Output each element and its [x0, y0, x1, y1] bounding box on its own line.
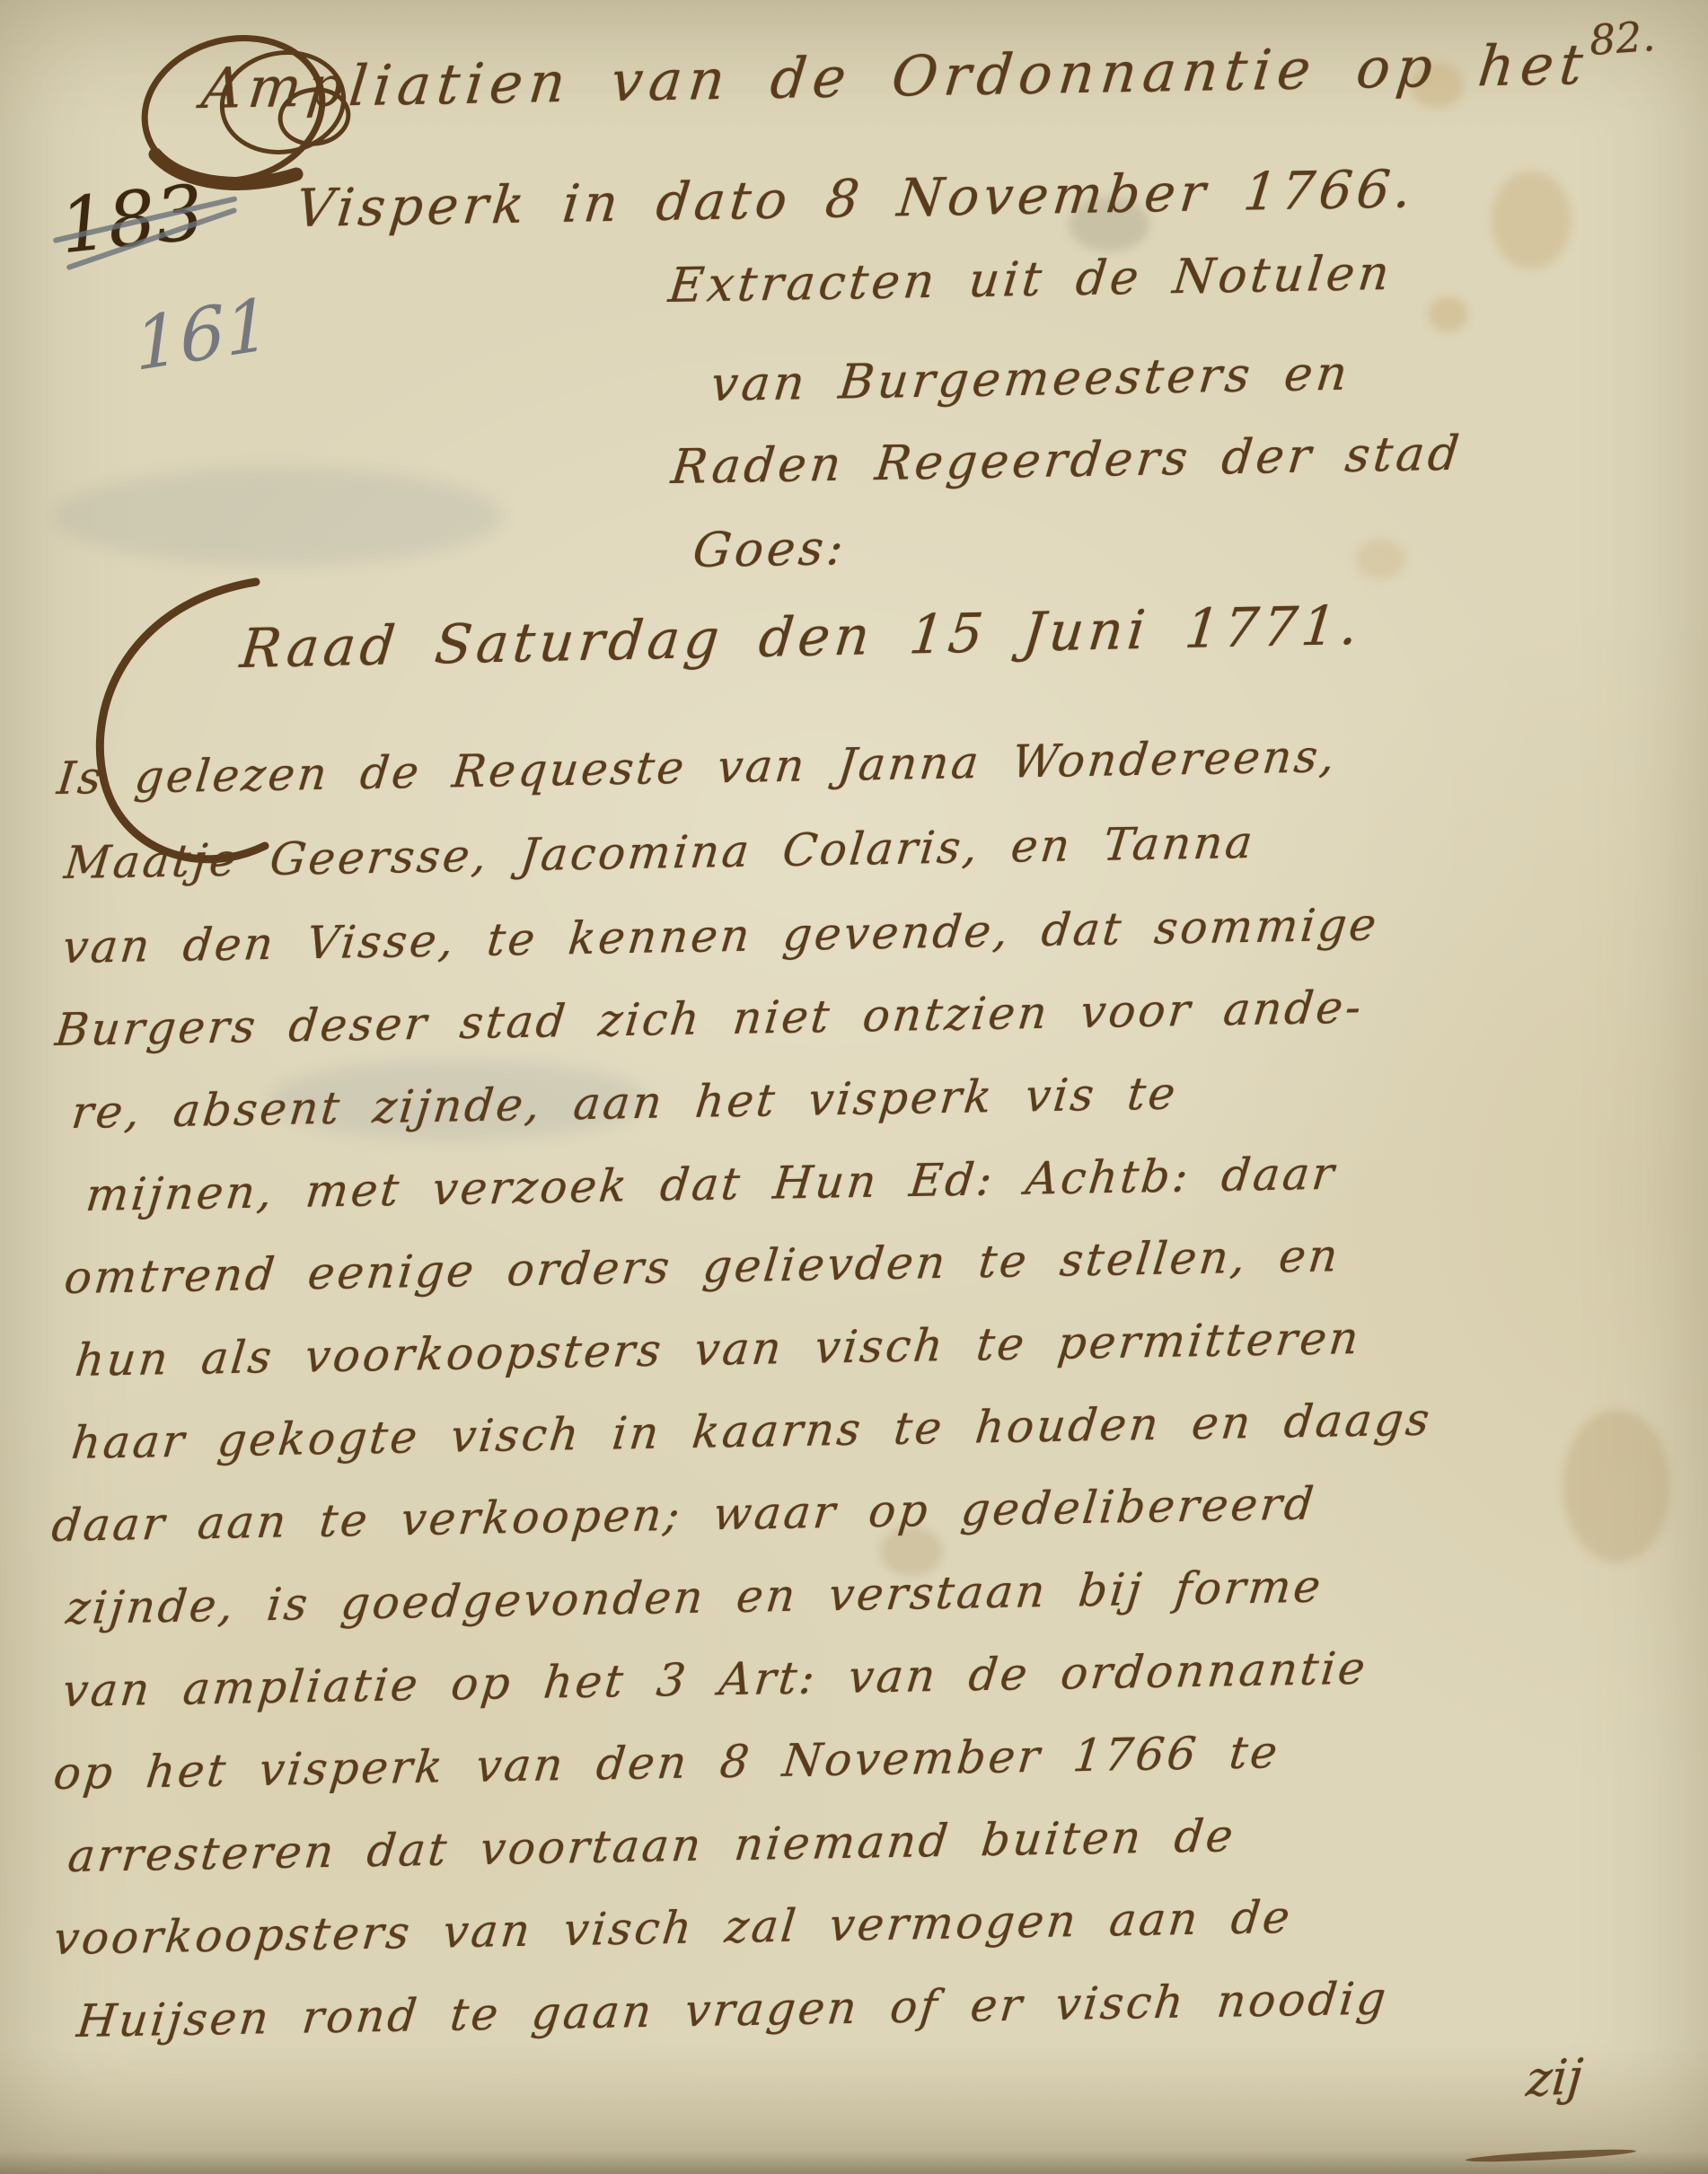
body-line: Huijsen rond te gaan vragen of er visch …	[75, 1972, 1391, 2047]
body-line: daar aan te verkoopen; waar op gedeliber…	[49, 1477, 1318, 1552]
margin-number-current: 161	[133, 282, 273, 387]
margin-number-crossed: 183	[56, 163, 264, 299]
paper-bottom-edge	[0, 2151, 1708, 2174]
foxing-stain	[1356, 539, 1405, 579]
session-heading: Raad Saturdag den 15 Juni 1771.	[237, 594, 1365, 681]
body-line: voorkoopsters van visch zal vermogen aan…	[51, 1891, 1295, 1965]
edge-stain	[1563, 1410, 1670, 1562]
extract-heading-line-2: van Burgemeesters en	[709, 347, 1353, 413]
body-line: omtrend eenige orders gelievden te stell…	[62, 1229, 1343, 1304]
page-number: 82.	[1588, 12, 1657, 65]
foxing-stain	[1428, 296, 1468, 332]
extract-heading-line-3: Raden Regeerders der stad	[669, 427, 1466, 495]
extract-heading-line-1: Extracten uit de Notulen	[666, 246, 1395, 313]
extract-heading-line-4: Goes:	[691, 521, 850, 578]
body-line: arresteren dat voortaan niemand buiten d…	[66, 1809, 1238, 1882]
body-line: mijnen, met verzoek dat Hun Ed: Achtb: d…	[84, 1148, 1339, 1221]
show-through-ghost	[54, 467, 503, 566]
catchword: zij	[1524, 2048, 1585, 2108]
body-line: van den Visse, te kennen gevende, dat so…	[60, 898, 1381, 973]
body-line: van ampliatie op het 3 Art: van de ordon…	[60, 1642, 1370, 1717]
body-line: zijnde, is goedgevonden en verstaan bij …	[64, 1561, 1325, 1635]
body-line: haar gekogte visch in kaarns te houden e…	[69, 1394, 1434, 1470]
title-line-2: Visperk in dato 8 November 1766.	[293, 158, 1418, 239]
manuscript-page: 82. Ampliatien van de Ordonnantie op het…	[0, 0, 1708, 2174]
catchword-underline-flourish	[1466, 2147, 1636, 2164]
body-line: Burgers deser stad zich niet ontzien voo…	[53, 981, 1366, 1057]
body-line: hun als voorkoopsters van visch te permi…	[73, 1312, 1363, 1386]
foxing-stain	[1491, 171, 1572, 269]
body-line: op het visperk van den 8 November 1766 t…	[51, 1726, 1282, 1800]
body-line: re, absent zijnde, aan het visperk vis t…	[69, 1067, 1180, 1139]
